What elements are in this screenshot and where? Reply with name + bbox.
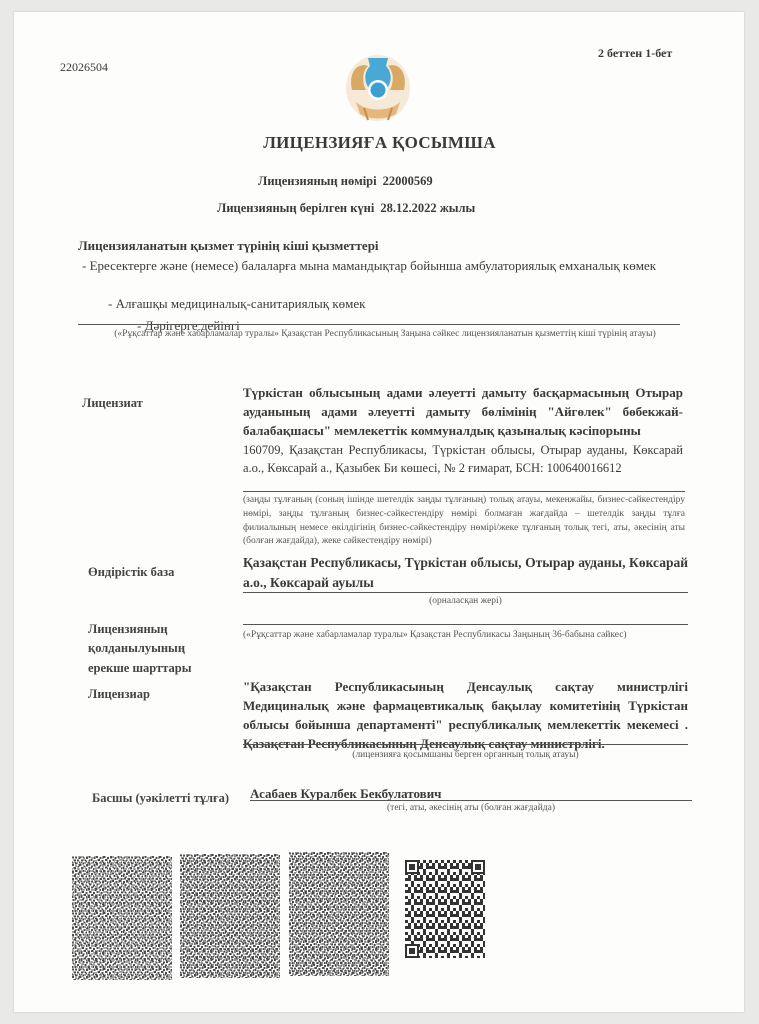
service-item: - Ересектерге және (немесе) балаларға мы…: [82, 258, 656, 274]
licensee-label: Лицензиат: [82, 394, 143, 413]
divider: [243, 491, 685, 492]
qr-code-icon: [405, 860, 485, 958]
head-label: Басшы (уәкілетті тұлға): [92, 789, 229, 808]
license-number: 22000569: [383, 174, 433, 188]
divider: [243, 592, 688, 593]
divider: [250, 800, 692, 801]
license-date-label: Лицензияның берілген күні: [217, 201, 374, 215]
special-conditions-label: Лицензияның қолданылуының ерекше шарттар…: [88, 620, 228, 678]
page-title: ЛИЦЕНЗИЯҒА ҚОСЫМША: [0, 133, 759, 153]
license-number-row: Лицензияның нөмірі22000569: [258, 174, 433, 189]
document-number: 22026504: [60, 60, 108, 75]
special-conditions-value: [243, 610, 688, 620]
licensor-label: Лицензиар: [88, 685, 150, 704]
service-item: - Алғашқы медициналық-санитариялық көмек: [108, 296, 365, 312]
services-footnote: («Рұқсаттар және хабарламалар туралы» Қа…: [90, 328, 680, 341]
services-heading: Лицензияланатын қызмет түрінің кіші қызм…: [78, 238, 379, 254]
licensee-name: Түркістан облысының адами әлеуетті дамыт…: [243, 384, 683, 441]
licensee-address: 160709, Қазақстан Республикасы, Түркіста…: [243, 441, 683, 477]
licensor-value: "Қазақстан Республикасының Денсаулық сақ…: [243, 678, 688, 753]
license-date: 28.12.2022 жылы: [380, 201, 475, 215]
state-emblem-icon: [344, 50, 412, 122]
divider: [78, 324, 680, 325]
production-base-value: Қазақстан Республикасы, Түркістан облысы…: [243, 553, 688, 592]
divider: [243, 624, 688, 625]
license-number-label: Лицензияның нөмірі: [258, 174, 377, 188]
barcode-3-icon: [289, 852, 389, 976]
license-date-row: Лицензияның берілген күні28.12.2022 жылы: [217, 201, 475, 216]
special-conditions-footnote: («Рұқсаттар және хабарламалар туралы» Қа…: [243, 629, 688, 643]
production-base-label: Өндірістік база: [88, 563, 174, 582]
production-base-footnote: (орналасқан жері): [243, 595, 688, 608]
divider: [243, 744, 688, 745]
head-footnote: (тегі, аты, әкесінің аты (болған жағдайд…: [250, 802, 692, 815]
licensee-footnote: (заңды тұлғаның (соның ішінде шетелдік з…: [243, 494, 685, 549]
licensor-footnote: (лицензияға қосымшаны берген органның то…: [243, 749, 688, 762]
page-indicator: 2 беттен 1-бет: [598, 46, 672, 61]
barcode-2-icon: [180, 854, 280, 978]
barcode-1-icon: [72, 856, 172, 980]
